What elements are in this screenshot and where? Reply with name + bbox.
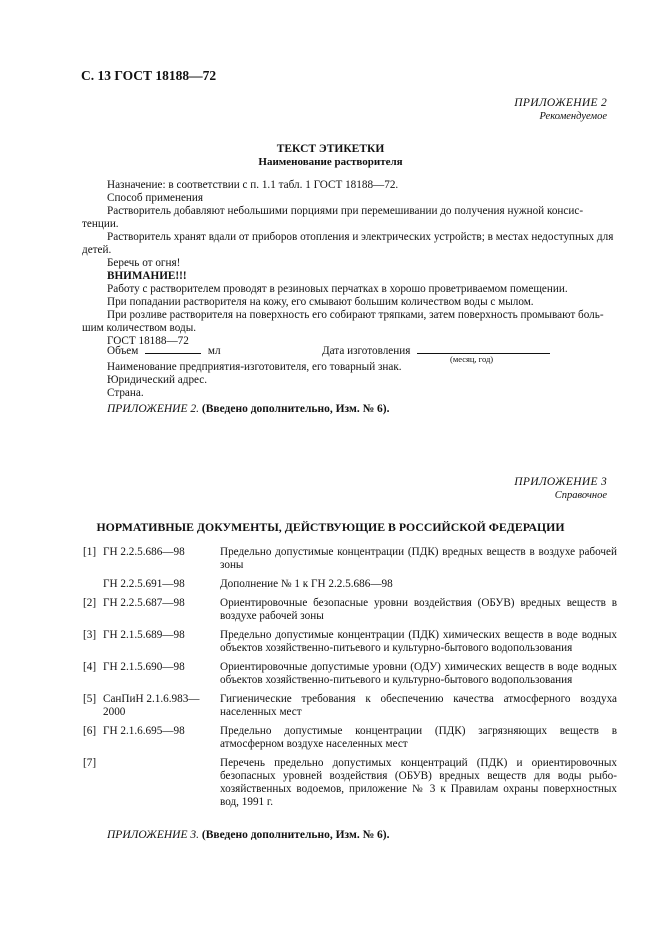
- reference-row: [6]ГН 2.1.6.695—98Предельно допустимые к…: [83, 725, 617, 751]
- appendix2-label: ПРИЛОЖЕНИЕ 2 Рекомендуемое: [514, 97, 607, 123]
- reference-number: [5]: [83, 693, 103, 719]
- reference-row: [3]ГН 2.1.5.689—98Предельно допустимые к…: [83, 629, 617, 655]
- reference-code: ГН 2.2.5.691—98: [103, 578, 220, 591]
- reference-description: Ориентировочные безопасные уровни воздей…: [220, 597, 617, 623]
- volume-label: Объем: [107, 345, 138, 357]
- date-label: Дата изготовления: [322, 345, 410, 357]
- appendix2-body: Назначение: в соответствии с п. 1.1 табл…: [107, 179, 617, 348]
- reference-number: [6]: [83, 725, 103, 751]
- appendix2-note: ПРИЛОЖЕНИЕ 2. (Введено дополнительно, Из…: [107, 403, 389, 416]
- reference-code: [103, 757, 220, 809]
- reference-number: [2]: [83, 597, 103, 623]
- country-line: Страна.: [107, 387, 617, 400]
- appendix3-title: ПРИЛОЖЕНИЕ 3: [514, 476, 607, 489]
- volume-unit: мл: [208, 345, 221, 357]
- appendix3-subtitle: Справочное: [514, 489, 607, 502]
- reference-description: Ориентировочные допустимые уровни (ОДУ) …: [220, 661, 617, 687]
- appendix3-note-ref: ПРИЛОЖЕНИЕ 3.: [107, 829, 199, 841]
- volume-date-row: Объем мл Дата изготовления: [107, 343, 627, 358]
- reference-code: СанПиН 2.1.6.983—2000: [103, 693, 220, 719]
- reference-code: ГН 2.2.5.687—98: [103, 597, 220, 623]
- date-field: Дата изготовления: [322, 343, 550, 358]
- reference-description: Предельно допустимые концентрации (ПДК) …: [220, 629, 617, 655]
- reference-description: Перечень предельно допустимых концентрац…: [220, 757, 617, 809]
- appendix3-label: ПРИЛОЖЕНИЕ 3 Справочное: [514, 476, 607, 502]
- spill-line: При розливе растворителя на поверхность …: [107, 309, 617, 322]
- storage-line-cont: детей.: [82, 244, 617, 257]
- address-line: Юридический адрес.: [107, 374, 617, 387]
- usage-line-cont: тенции.: [82, 218, 617, 231]
- gloves-line: Работу с растворителем проводят в резино…: [107, 283, 617, 296]
- reference-row: ГН 2.2.5.691—98Дополнение № 1 к ГН 2.2.5…: [83, 578, 617, 591]
- reference-number: [3]: [83, 629, 103, 655]
- reference-description: Дополнение № 1 к ГН 2.2.5.686—98: [220, 578, 617, 591]
- appendix2-subheading: Наименование растворителя: [0, 156, 661, 169]
- reference-code: ГН 2.1.5.690—98: [103, 661, 220, 687]
- purpose-line: Назначение: в соответствии с п. 1.1 табл…: [107, 179, 617, 192]
- references-list: [1]ГН 2.2.5.686—98Предельно допустимые к…: [83, 546, 617, 815]
- reference-code: ГН 2.1.5.689—98: [103, 629, 220, 655]
- usage-heading: Способ применения: [107, 192, 617, 205]
- appendix3-note: ПРИЛОЖЕНИЕ 3. (Введено дополнительно, Из…: [107, 829, 389, 842]
- reference-row: [1]ГН 2.2.5.686—98Предельно допустимые к…: [83, 546, 617, 572]
- usage-line: Растворитель добавляют небольшими порция…: [107, 205, 617, 218]
- appendix2-title: ПРИЛОЖЕНИЕ 2: [514, 97, 607, 110]
- storage-line: Растворитель хранят вдали от приборов от…: [107, 231, 617, 244]
- appendix2-note-ref: ПРИЛОЖЕНИЕ 2.: [107, 403, 199, 415]
- appendix2-note-text: (Введено дополнительно, Изм. № 6).: [202, 403, 390, 415]
- reference-row: [5]СанПиН 2.1.6.983—2000Гигиенические тр…: [83, 693, 617, 719]
- manufacturer-block: Наименование предприятия-изготовителя, е…: [107, 361, 617, 400]
- skin-line: При попадании растворителя на кожу, его …: [107, 296, 617, 309]
- reference-description: Гигиенические требования к обеспечению к…: [220, 693, 617, 719]
- appendix2-subtitle: Рекомендуемое: [514, 110, 607, 123]
- reference-code: ГН 2.2.5.686—98: [103, 546, 220, 572]
- reference-description: Предельно допустимые концентрации (ПДК) …: [220, 725, 617, 751]
- reference-code: ГН 2.1.6.695—98: [103, 725, 220, 751]
- reference-number: [4]: [83, 661, 103, 687]
- reference-number: [83, 578, 103, 591]
- reference-row: [2]ГН 2.2.5.687—98Ориентировочные безопа…: [83, 597, 617, 623]
- fire-warning: Беречь от огня!: [107, 257, 617, 270]
- appendix3-note-text: (Введено дополнительно, Изм. № 6).: [202, 829, 390, 841]
- spill-line-cont: шим количеством воды.: [82, 322, 617, 335]
- manufacturer-line: Наименование предприятия-изготовителя, е…: [107, 361, 617, 374]
- reference-row: [7]Перечень предельно допустимых концент…: [83, 757, 617, 809]
- reference-description: Предельно допустимые концентрации (ПДК) …: [220, 546, 617, 572]
- attention-heading: ВНИМАНИЕ!!!: [107, 270, 617, 283]
- appendix2-heading: ТЕКСТ ЭТИКЕТКИ: [0, 143, 661, 156]
- reference-row: [4]ГН 2.1.5.690—98Ориентировочные допуст…: [83, 661, 617, 687]
- reference-number: [7]: [83, 757, 103, 809]
- volume-blank: [145, 343, 201, 354]
- appendix3-heading: НОРМАТИВНЫЕ ДОКУМЕНТЫ, ДЕЙСТВУЮЩИЕ В РОС…: [0, 521, 661, 534]
- reference-number: [1]: [83, 546, 103, 572]
- page-header: С. 13 ГОСТ 18188—72: [81, 69, 216, 82]
